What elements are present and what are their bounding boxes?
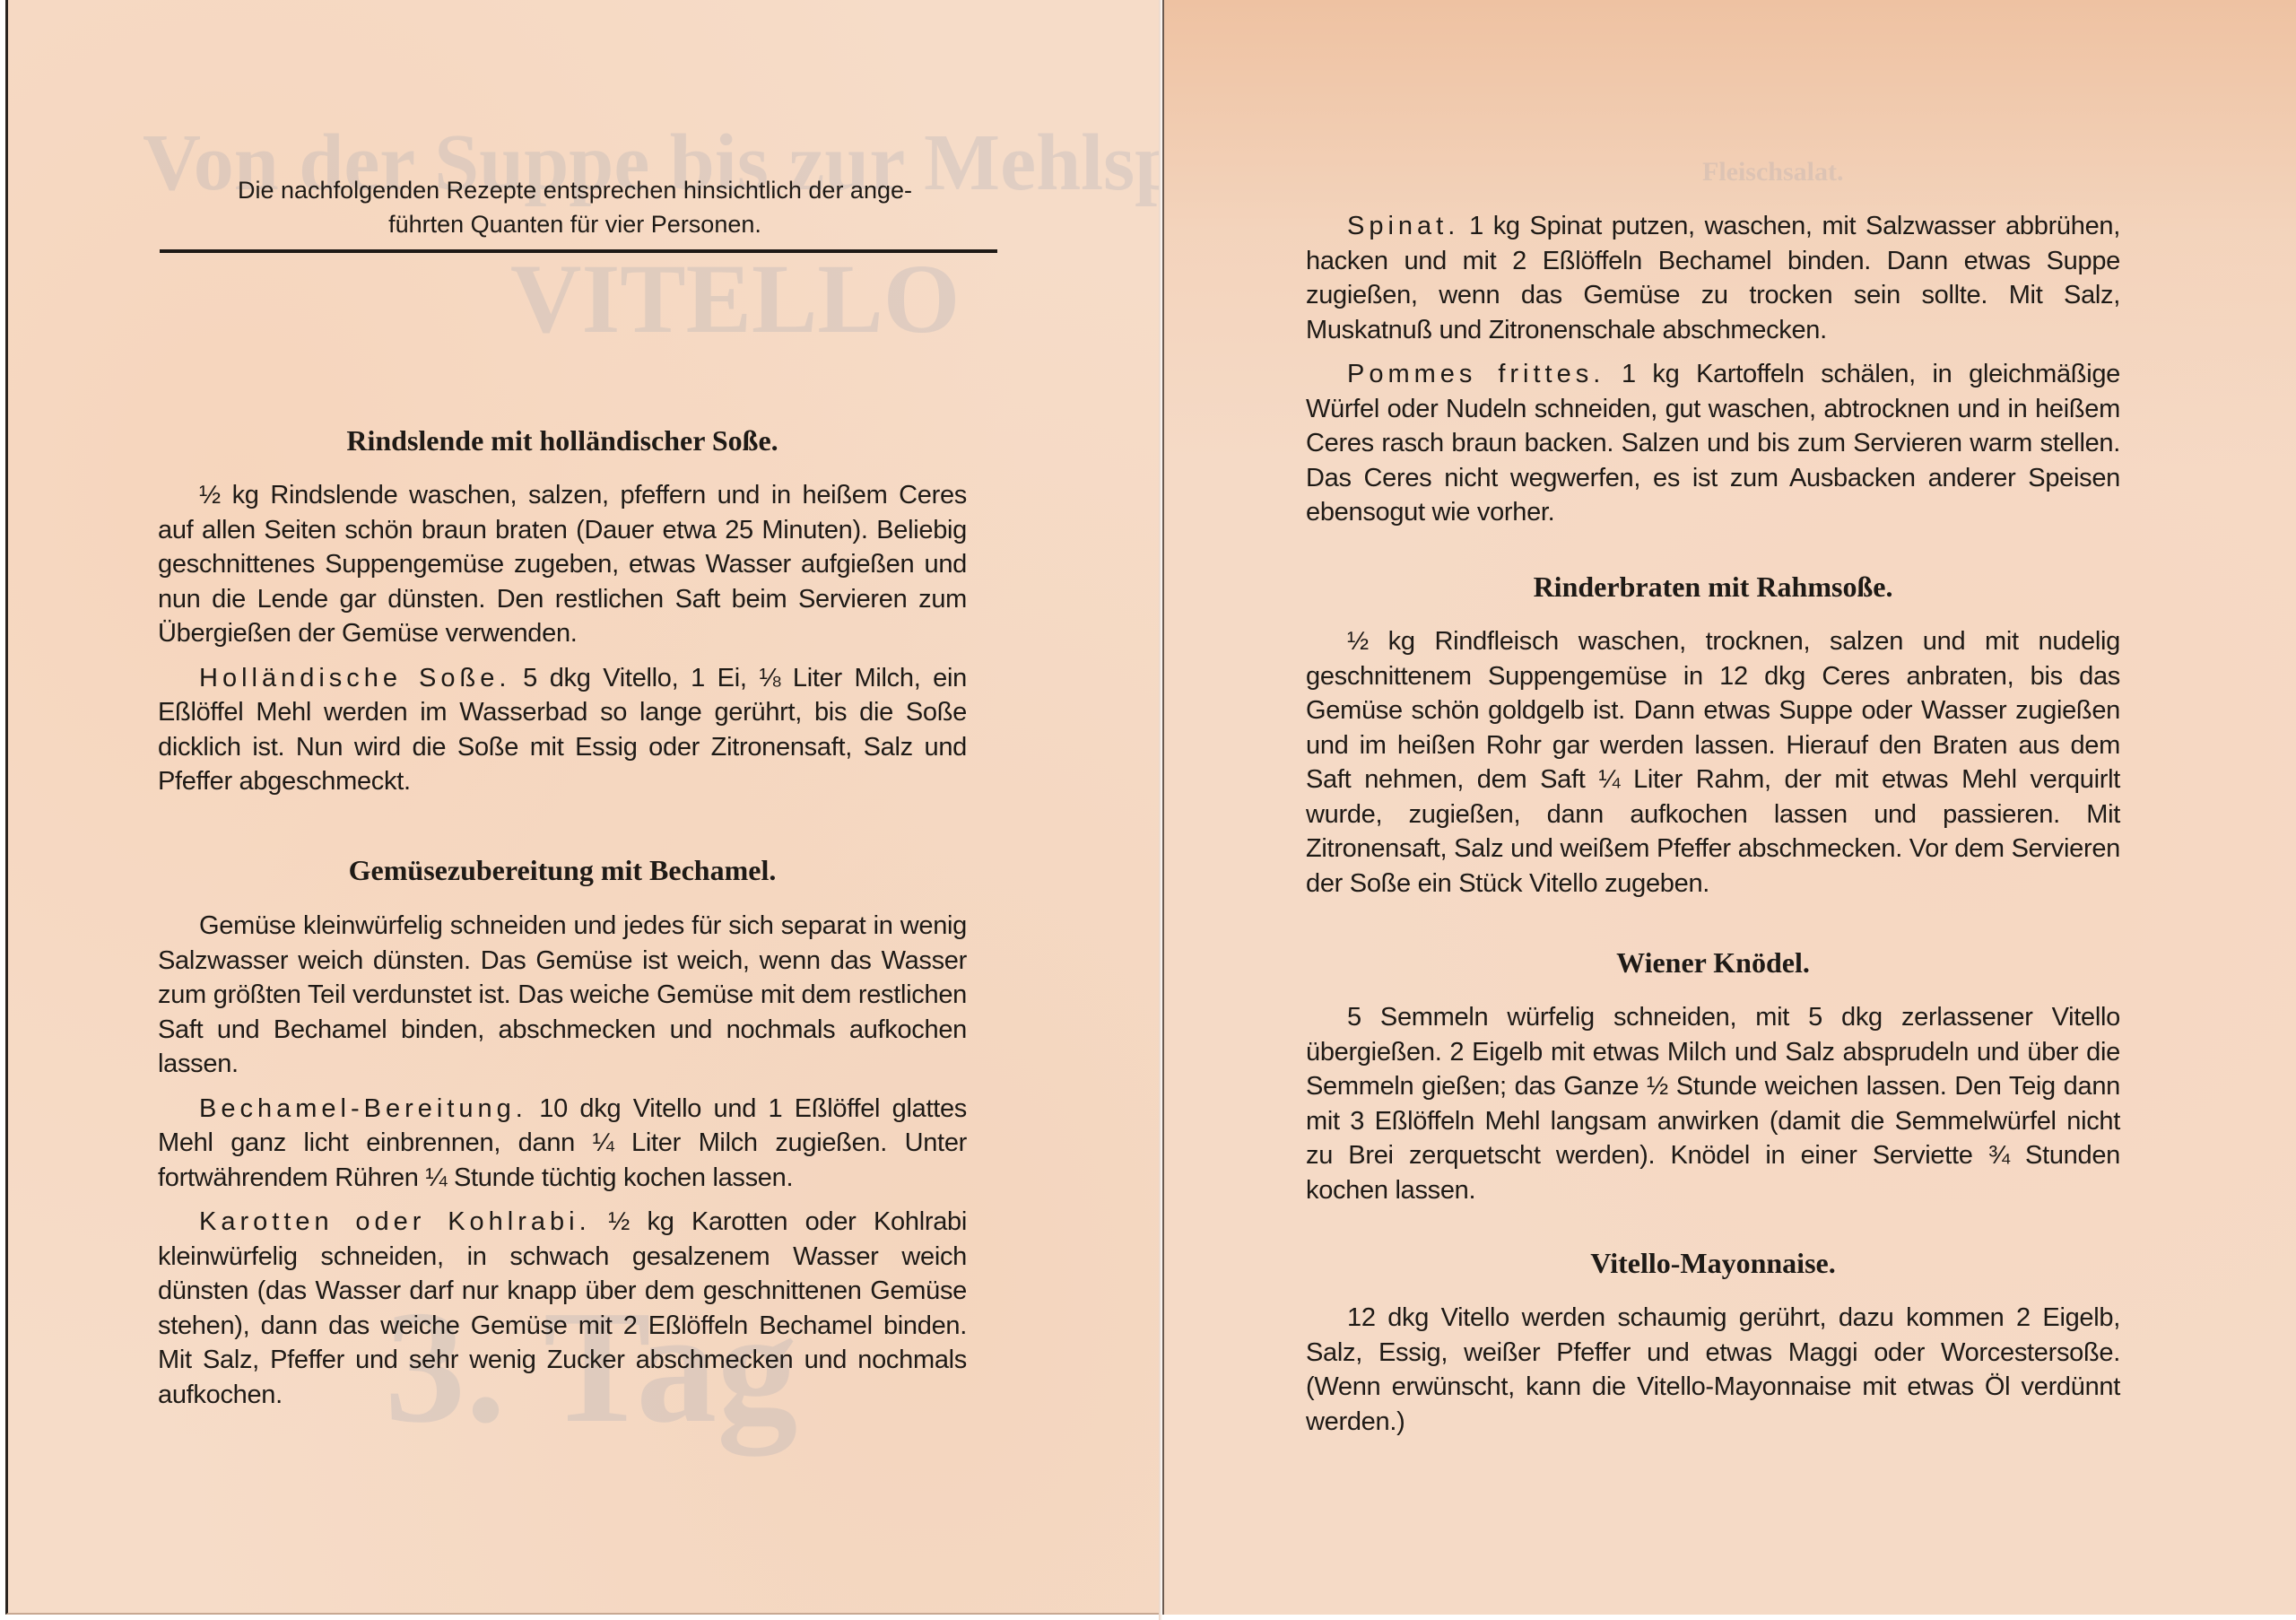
recipe-body-rinderbraten: ½ kg Rindfleisch waschen, trocknen, salz…	[1306, 624, 2120, 910]
recipe-body-vitello-mayonnaise: 12 dkg Vitello werden schaumig gerührt, …	[1306, 1301, 2120, 1449]
booklet-spread: Von der Suppe bis zur Mehlspeise VITELLO…	[0, 0, 2296, 1620]
intro-note: Die nachfolgenden Rezepte entsprechen hi…	[158, 173, 992, 241]
paragraph-lead: Pommes frittes.	[1347, 360, 1605, 388]
paragraph-hollaendische-sosse: Holländische Soße. 5 dkg Vitello, 1 Ei, …	[158, 661, 967, 799]
paragraph-lead: Holländische Soße.	[199, 664, 510, 692]
paragraph-lead: Karotten oder Kohlrabi.	[199, 1207, 591, 1236]
paragraph-lead: Spinat.	[1347, 212, 1459, 240]
recipe-body-gemuesezubereitung: Gemüse kleinwürfelig schneiden und jedes…	[158, 909, 967, 1422]
recipe-title-wiener-knoedel: Wiener Knödel.	[1306, 946, 2120, 980]
paragraph-pommes-frittes: Pommes frittes. 1 kg Kartoffeln schälen,…	[1306, 357, 2120, 530]
paragraph: Gemüse kleinwürfelig schneiden und jedes…	[158, 909, 967, 1082]
intro-line-2: führten Quanten für vier Personen.	[158, 207, 992, 241]
show-through-vitello: VITELLO	[510, 242, 960, 356]
intro-divider	[160, 249, 997, 253]
recipe-title-rinderbraten: Rinderbraten mit Rahmsoße.	[1306, 570, 2120, 604]
recipe-title-gemuesezubereitung: Gemüsezubereitung mit Bechamel.	[158, 854, 967, 887]
paragraph-bechamel-bereitung: Bechamel-Bereitung. 10 dkg Vitello und 1…	[158, 1092, 967, 1196]
paragraph: ½ kg Rindslende waschen, salzen, pfeffer…	[158, 478, 967, 651]
recipe-body-rindslende: ½ kg Rindslende waschen, salzen, pfeffer…	[158, 478, 967, 809]
recipe-title-rindslende: Rindslende mit holländischer Soße.	[158, 424, 967, 457]
paragraph: ½ kg Rindfleisch waschen, trocknen, salz…	[1306, 624, 2120, 901]
recipe-title-vitello-mayonnaise: Vitello-Mayonnaise.	[1306, 1247, 2120, 1280]
intro-line-1: Die nachfolgenden Rezepte entsprechen hi…	[158, 173, 992, 207]
show-through-heading: Fleischsalat.	[1702, 157, 1844, 187]
paragraph: 12 dkg Vitello werden schaumig gerührt, …	[1306, 1301, 2120, 1439]
paragraph-lead: Bechamel-Bereitung.	[199, 1094, 527, 1123]
paragraph: 5 Semmeln würfelig schneiden, mit 5 dkg …	[1306, 1000, 2120, 1207]
continued-paragraphs: Spinat. 1 kg Spinat putzen, waschen, mit…	[1306, 209, 2120, 540]
paragraph-karotten-kohlrabi: Karotten oder Kohlrabi. ½ kg Karotten od…	[158, 1205, 967, 1412]
paragraph-spinat: Spinat. 1 kg Spinat putzen, waschen, mit…	[1306, 209, 2120, 347]
recipe-body-wiener-knoedel: 5 Semmeln würfelig schneiden, mit 5 dkg …	[1306, 1000, 2120, 1217]
